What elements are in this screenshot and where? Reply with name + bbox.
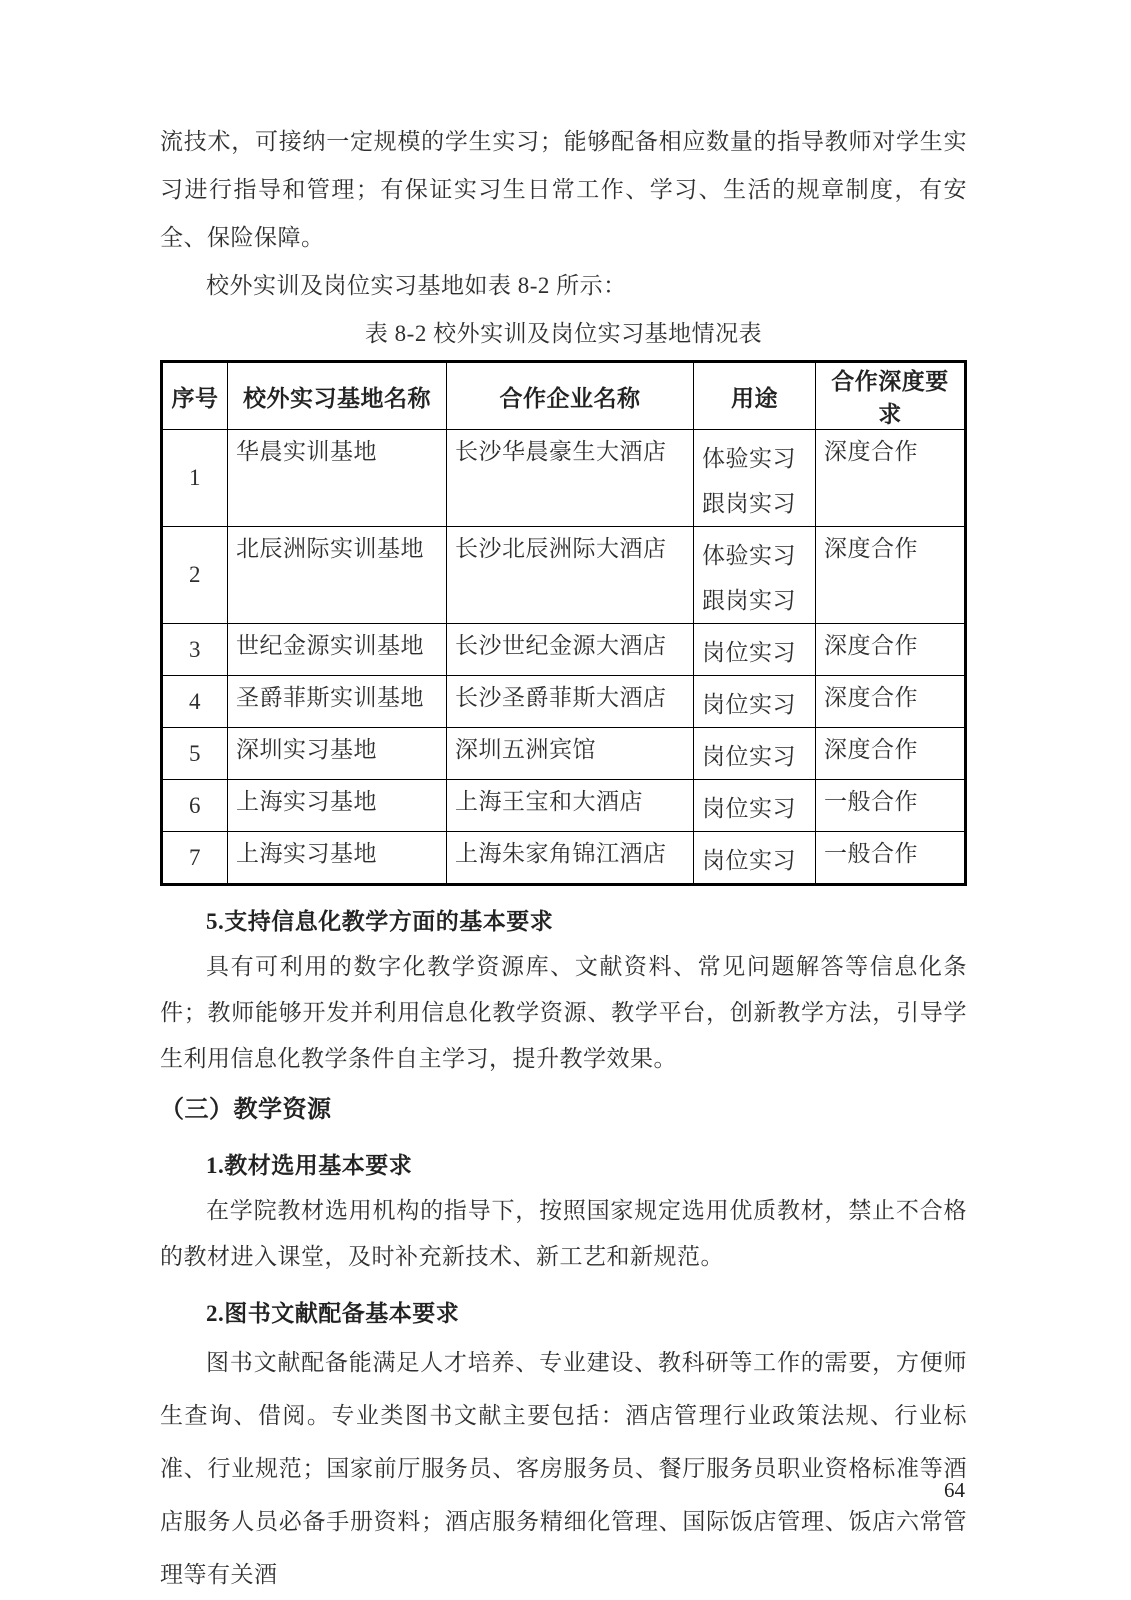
- cell-text: 深圳五洲宾馆: [455, 734, 685, 766]
- cell-base-name: 上海实习基地: [228, 832, 447, 885]
- cell-usage: 体验实习跟岗实习: [694, 527, 816, 624]
- cell-company-name: 上海朱家角锦江酒店: [447, 832, 694, 885]
- cell-text: 岗位实习: [702, 786, 807, 831]
- cell-text: 深度合作: [824, 533, 956, 565]
- cell-usage: 岗位实习: [694, 728, 816, 780]
- cell-text: 深圳实习基地: [236, 734, 438, 766]
- cell-text: 岗位实习: [702, 682, 807, 727]
- cell-depth: 深度合作: [816, 728, 966, 780]
- cell-base-name: 世纪金源实训基地: [228, 624, 447, 676]
- paragraph-textbook-selection: 在学院教材选用机构的指导下，按照国家规定选用优质教材，禁止不合格的教材进入课堂，…: [160, 1188, 967, 1280]
- cell-base-name: 深圳实习基地: [228, 728, 447, 780]
- cell-text: 2: [171, 559, 219, 591]
- paragraph-info-teaching: 具有可利用的数字化教学资源库、文献资料、常见问题解答等信息化条件；教师能够开发并…: [160, 944, 967, 1082]
- cell-usage: 岗位实习: [694, 676, 816, 728]
- cell-row-number: 6: [162, 780, 228, 832]
- cell-text: 4: [171, 686, 219, 718]
- cell-usage: 体验实习跟岗实习: [694, 430, 816, 527]
- document-page: 流技术，可接纳一定规模的学生实习；能够配备相应数量的指导教师对学生实习进行指导和…: [0, 0, 1131, 1600]
- cell-text: 上海实习基地: [236, 786, 438, 818]
- table-row: 1华晨实训基地长沙华晨豪生大酒店体验实习跟岗实习深度合作: [162, 430, 966, 527]
- base-table-body: 1华晨实训基地长沙华晨豪生大酒店体验实习跟岗实习深度合作2北辰洲际实训基地长沙北…: [162, 430, 966, 885]
- cell-depth: 深度合作: [816, 430, 966, 527]
- cell-depth: 一般合作: [816, 780, 966, 832]
- cell-base-name: 上海实习基地: [228, 780, 447, 832]
- cell-text: 深度合作: [824, 682, 956, 714]
- cell-row-number: 3: [162, 624, 228, 676]
- table-row: 2北辰洲际实训基地长沙北辰洲际大酒店体验实习跟岗实习深度合作: [162, 527, 966, 624]
- cell-company-name: 上海王宝和大酒店: [447, 780, 694, 832]
- cell-text: 长沙华晨豪生大酒店: [455, 436, 685, 468]
- cell-text: 跟岗实习: [702, 481, 807, 526]
- cell-usage: 岗位实习: [694, 780, 816, 832]
- cell-text: 深度合作: [824, 436, 956, 468]
- heading-textbook-selection: 1.教材选用基本要求: [206, 1144, 967, 1188]
- cell-text: 岗位实习: [702, 838, 807, 883]
- table-caption: 表 8-2 校外实训及岗位实习基地情况表: [160, 312, 967, 356]
- page-number: 64: [944, 1478, 965, 1503]
- cell-company-name: 长沙北辰洲际大酒店: [447, 527, 694, 624]
- cell-text: 一般合作: [824, 786, 956, 818]
- header-company-name: 合作企业名称: [447, 362, 694, 430]
- header-usage: 用途: [694, 362, 816, 430]
- table-row: 6上海实习基地上海王宝和大酒店岗位实习一般合作: [162, 780, 966, 832]
- cell-company-name: 深圳五洲宾馆: [447, 728, 694, 780]
- cell-text: 体验实习: [702, 533, 807, 578]
- header-序号: 序号: [162, 362, 228, 430]
- cell-company-name: 长沙圣爵菲斯大酒店: [447, 676, 694, 728]
- cell-usage: 岗位实习: [694, 832, 816, 885]
- cell-text: 3: [171, 634, 219, 666]
- cell-text: 深度合作: [824, 734, 956, 766]
- cell-text: 华晨实训基地: [236, 436, 438, 468]
- cell-text: 长沙北辰洲际大酒店: [455, 533, 685, 565]
- cell-text: 上海王宝和大酒店: [455, 786, 685, 818]
- cell-base-name: 北辰洲际实训基地: [228, 527, 447, 624]
- cell-text: 北辰洲际实训基地: [236, 533, 438, 565]
- cell-text: 圣爵菲斯实训基地: [236, 682, 438, 714]
- cell-row-number: 7: [162, 832, 228, 885]
- paragraph-library-resources: 图书文献配备能满足人才培养、专业建设、教科研等工作的需要，方便师生查询、借阅。专…: [160, 1336, 967, 1600]
- cell-row-number: 1: [162, 430, 228, 527]
- table-row: 5深圳实习基地深圳五洲宾馆岗位实习深度合作: [162, 728, 966, 780]
- cell-base-name: 圣爵菲斯实训基地: [228, 676, 447, 728]
- cell-text: 岗位实习: [702, 630, 807, 675]
- table-intro-paragraph: 校外实训及岗位实习基地如表 8-2 所示：: [160, 262, 967, 310]
- table-header-row: 序号 校外实习基地名称 合作企业名称 用途 合作深度要求: [162, 362, 966, 430]
- cell-row-number: 4: [162, 676, 228, 728]
- table-row: 3世纪金源实训基地长沙世纪金源大酒店岗位实习深度合作: [162, 624, 966, 676]
- page-content: 流技术，可接纳一定规模的学生实习；能够配备相应数量的指导教师对学生实习进行指导和…: [160, 118, 967, 1600]
- cell-text: 1: [171, 462, 219, 494]
- cell-depth: 深度合作: [816, 624, 966, 676]
- cell-text: 岗位实习: [702, 734, 807, 779]
- cell-company-name: 长沙世纪金源大酒店: [447, 624, 694, 676]
- cell-text: 一般合作: [824, 838, 956, 870]
- paragraph-continuation: 流技术，可接纳一定规模的学生实习；能够配备相应数量的指导教师对学生实习进行指导和…: [160, 118, 967, 262]
- header-base-name: 校外实习基地名称: [228, 362, 447, 430]
- cell-text: 上海朱家角锦江酒店: [455, 838, 685, 870]
- heading-section-three: （三）教学资源: [160, 1088, 967, 1132]
- cell-text: 体验实习: [702, 436, 807, 481]
- cell-text: 上海实习基地: [236, 838, 438, 870]
- cell-row-number: 5: [162, 728, 228, 780]
- cell-depth: 一般合作: [816, 832, 966, 885]
- cell-text: 7: [171, 842, 219, 874]
- cell-text: 长沙世纪金源大酒店: [455, 630, 685, 662]
- heading-info-teaching: 5.支持信息化教学方面的基本要求: [206, 900, 967, 944]
- cell-row-number: 2: [162, 527, 228, 624]
- table-row: 4圣爵菲斯实训基地长沙圣爵菲斯大酒店岗位实习深度合作: [162, 676, 966, 728]
- cell-depth: 深度合作: [816, 676, 966, 728]
- table-row: 7上海实习基地上海朱家角锦江酒店岗位实习一般合作: [162, 832, 966, 885]
- internship-base-table: 序号 校外实习基地名称 合作企业名称 用途 合作深度要求 1华晨实训基地长沙华晨…: [160, 360, 967, 886]
- cell-text: 世纪金源实训基地: [236, 630, 438, 662]
- cell-base-name: 华晨实训基地: [228, 430, 447, 527]
- cell-text: 5: [171, 738, 219, 770]
- cell-usage: 岗位实习: [694, 624, 816, 676]
- cell-text: 6: [171, 790, 219, 822]
- cell-text: 长沙圣爵菲斯大酒店: [455, 682, 685, 714]
- cell-text: 跟岗实习: [702, 578, 807, 623]
- cell-company-name: 长沙华晨豪生大酒店: [447, 430, 694, 527]
- cell-text: 深度合作: [824, 630, 956, 662]
- header-depth: 合作深度要求: [816, 362, 966, 430]
- heading-library-resources: 2.图书文献配备基本要求: [206, 1292, 967, 1336]
- cell-depth: 深度合作: [816, 527, 966, 624]
